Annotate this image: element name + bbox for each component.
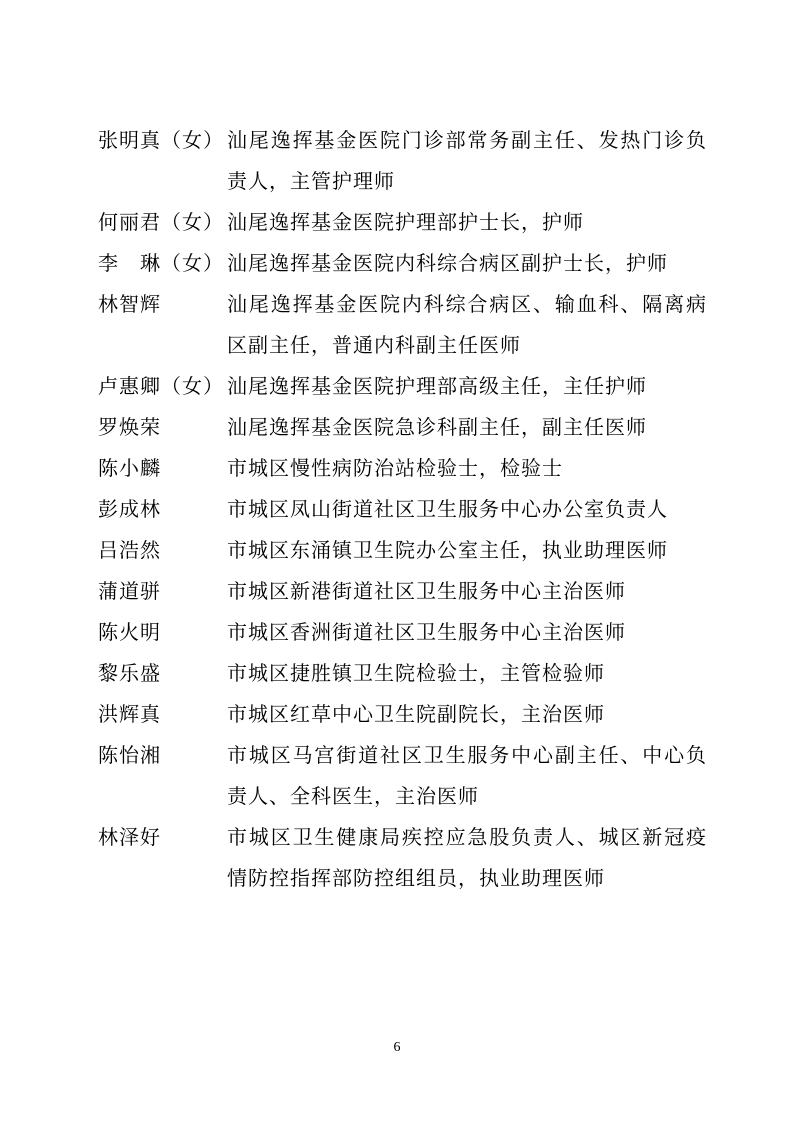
roster-entry: 陈火明 市城区香洲街道社区卫生服务中心主治医师 xyxy=(98,613,710,654)
person-title: 市城区慢性病防治站检验士，检验士 xyxy=(227,449,707,490)
person-name: 陈火明 xyxy=(98,613,227,654)
person-name: 林泽好 xyxy=(98,818,227,859)
person-title: 汕尾逸挥基金医院急诊科副主任，副主任医师 xyxy=(227,408,707,449)
roster-entry: 卢惠卿（女） 汕尾逸挥基金医院护理部高级主任，主任护师 xyxy=(98,367,710,408)
person-name: 张明真（女） xyxy=(98,121,227,162)
roster-entry: 林泽好 市城区卫生健康局疾控应急股负责人、城区新冠疫情防控指挥部防控组组员，执业… xyxy=(98,818,710,900)
person-title: 市城区卫生健康局疾控应急股负责人、城区新冠疫情防控指挥部防控组组员，执业助理医师 xyxy=(227,818,707,900)
person-name: 李 琳（女） xyxy=(98,244,227,285)
person-title: 汕尾逸挥基金医院内科综合病区、输血科、隔离病区副主任，普通内科副主任医师 xyxy=(227,285,707,367)
roster-entry: 彭成林 市城区凤山街道社区卫生服务中心办公室负责人 xyxy=(98,490,710,531)
person-title: 市城区东涌镇卫生院办公室主任，执业助理医师 xyxy=(227,531,707,572)
person-title: 市城区香洲街道社区卫生服务中心主治医师 xyxy=(227,613,707,654)
person-title: 汕尾逸挥基金医院护理部护士长，护师 xyxy=(227,203,707,244)
person-name: 罗焕荣 xyxy=(98,408,227,449)
personnel-roster: 张明真（女） 汕尾逸挥基金医院门诊部常务副主任、发热门诊负责人，主管护理师 何丽… xyxy=(98,121,710,900)
person-name: 吕浩然 xyxy=(98,531,227,572)
person-title: 汕尾逸挥基金医院内科综合病区副护士长，护师 xyxy=(227,244,707,285)
roster-entry: 黎乐盛 市城区捷胜镇卫生院检验士，主管检验师 xyxy=(98,654,710,695)
person-name: 陈怡湘 xyxy=(98,736,227,777)
person-name: 黎乐盛 xyxy=(98,654,227,695)
person-title: 汕尾逸挥基金医院门诊部常务副主任、发热门诊负责人，主管护理师 xyxy=(227,121,707,203)
document-page: 张明真（女） 汕尾逸挥基金医院门诊部常务副主任、发热门诊负责人，主管护理师 何丽… xyxy=(0,0,794,1123)
roster-entry: 何丽君（女） 汕尾逸挥基金医院护理部护士长，护师 xyxy=(98,203,710,244)
person-name: 何丽君（女） xyxy=(98,203,227,244)
person-title: 市城区马宫街道社区卫生服务中心副主任、中心负责人、全科医生，主治医师 xyxy=(227,736,707,818)
roster-entry: 罗焕荣 汕尾逸挥基金医院急诊科副主任，副主任医师 xyxy=(98,408,710,449)
roster-entry: 林智辉 汕尾逸挥基金医院内科综合病区、输血科、隔离病区副主任，普通内科副主任医师 xyxy=(98,285,710,367)
roster-entry: 李 琳（女） 汕尾逸挥基金医院内科综合病区副护士长，护师 xyxy=(98,244,710,285)
person-title: 市城区捷胜镇卫生院检验士，主管检验师 xyxy=(227,654,707,695)
page-number: 6 xyxy=(0,1038,794,1058)
person-title: 市城区凤山街道社区卫生服务中心办公室负责人 xyxy=(227,490,707,531)
roster-entry: 洪辉真 市城区红草中心卫生院副院长，主治医师 xyxy=(98,695,710,736)
person-name: 陈小麟 xyxy=(98,449,227,490)
person-name: 蒲道骈 xyxy=(98,572,227,613)
person-title: 市城区新港街道社区卫生服务中心主治医师 xyxy=(227,572,707,613)
roster-entry: 张明真（女） 汕尾逸挥基金医院门诊部常务副主任、发热门诊负责人，主管护理师 xyxy=(98,121,710,203)
roster-entry: 陈小麟 市城区慢性病防治站检验士，检验士 xyxy=(98,449,710,490)
person-name: 洪辉真 xyxy=(98,695,227,736)
person-title: 汕尾逸挥基金医院护理部高级主任，主任护师 xyxy=(227,367,707,408)
person-name: 彭成林 xyxy=(98,490,227,531)
person-name: 卢惠卿（女） xyxy=(98,367,227,408)
roster-entry: 蒲道骈 市城区新港街道社区卫生服务中心主治医师 xyxy=(98,572,710,613)
person-name: 林智辉 xyxy=(98,285,227,326)
person-title: 市城区红草中心卫生院副院长，主治医师 xyxy=(227,695,707,736)
roster-entry: 陈怡湘 市城区马宫街道社区卫生服务中心副主任、中心负责人、全科医生，主治医师 xyxy=(98,736,710,818)
roster-entry: 吕浩然 市城区东涌镇卫生院办公室主任，执业助理医师 xyxy=(98,531,710,572)
